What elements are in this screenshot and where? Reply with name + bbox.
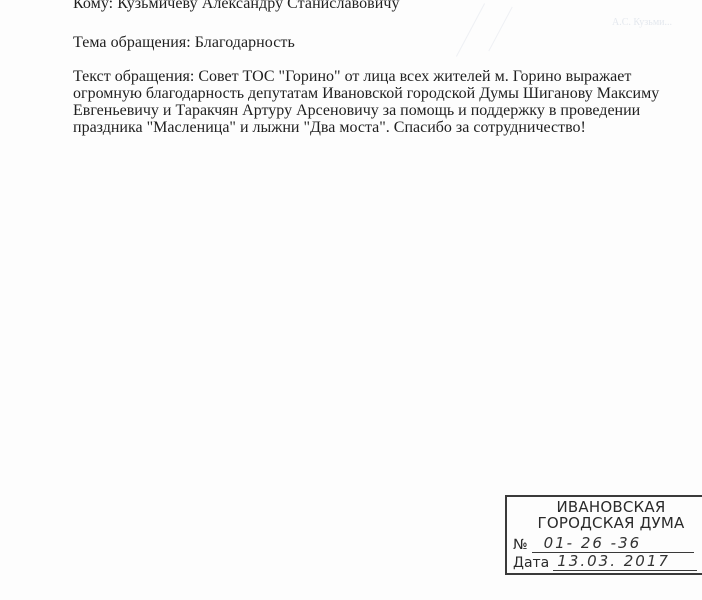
stamp-org-name-line-1: ИВАНОВСКАЯ — [511, 499, 702, 515]
body-line: огромную благодарность депутатам Ивановс… — [73, 85, 693, 102]
appeal-body-text: Текст обращения: Совет ТОС "Горино" от л… — [73, 68, 693, 136]
faint-signature-mark — [488, 7, 512, 52]
stamp-number-value: 01- 26 -36 — [532, 535, 694, 553]
body-line: праздника "Масленица" и лыжни "Два моста… — [73, 119, 693, 136]
faint-signature-mark — [456, 3, 485, 56]
stamp-number-label: № — [513, 537, 528, 553]
stamp-number-row: № 01- 26 -36 — [513, 535, 694, 553]
stamp-date-label: Дата — [513, 555, 549, 571]
body-line: Текст обращения: Совет ТОС "Горино" от л… — [73, 68, 693, 85]
subject-line: Тема обращения: Благодарность — [73, 33, 295, 52]
registration-stamp: ИВАНОВСКАЯ ГОРОДСКАЯ ДУМА № 01- 26 -36 Д… — [505, 495, 702, 575]
body-line: Евгеньевичу и Таракчян Артуру Арсеновичу… — [73, 102, 693, 119]
stamp-org-name-line-2: ГОРОДСКАЯ ДУМА — [511, 515, 702, 531]
stamp-date-value: 13.03. 2017 — [553, 553, 697, 571]
document-page: А.С. Кузьми... Кому: Кузьмичеву Александ… — [0, 0, 702, 600]
stamp-date-row: Дата 13.03. 2017 — [513, 553, 697, 571]
faint-recipient-watermark: А.С. Кузьми... — [612, 17, 672, 28]
recipient-line: Кому: Кузьмичеву Александру Станиславови… — [73, 0, 400, 13]
